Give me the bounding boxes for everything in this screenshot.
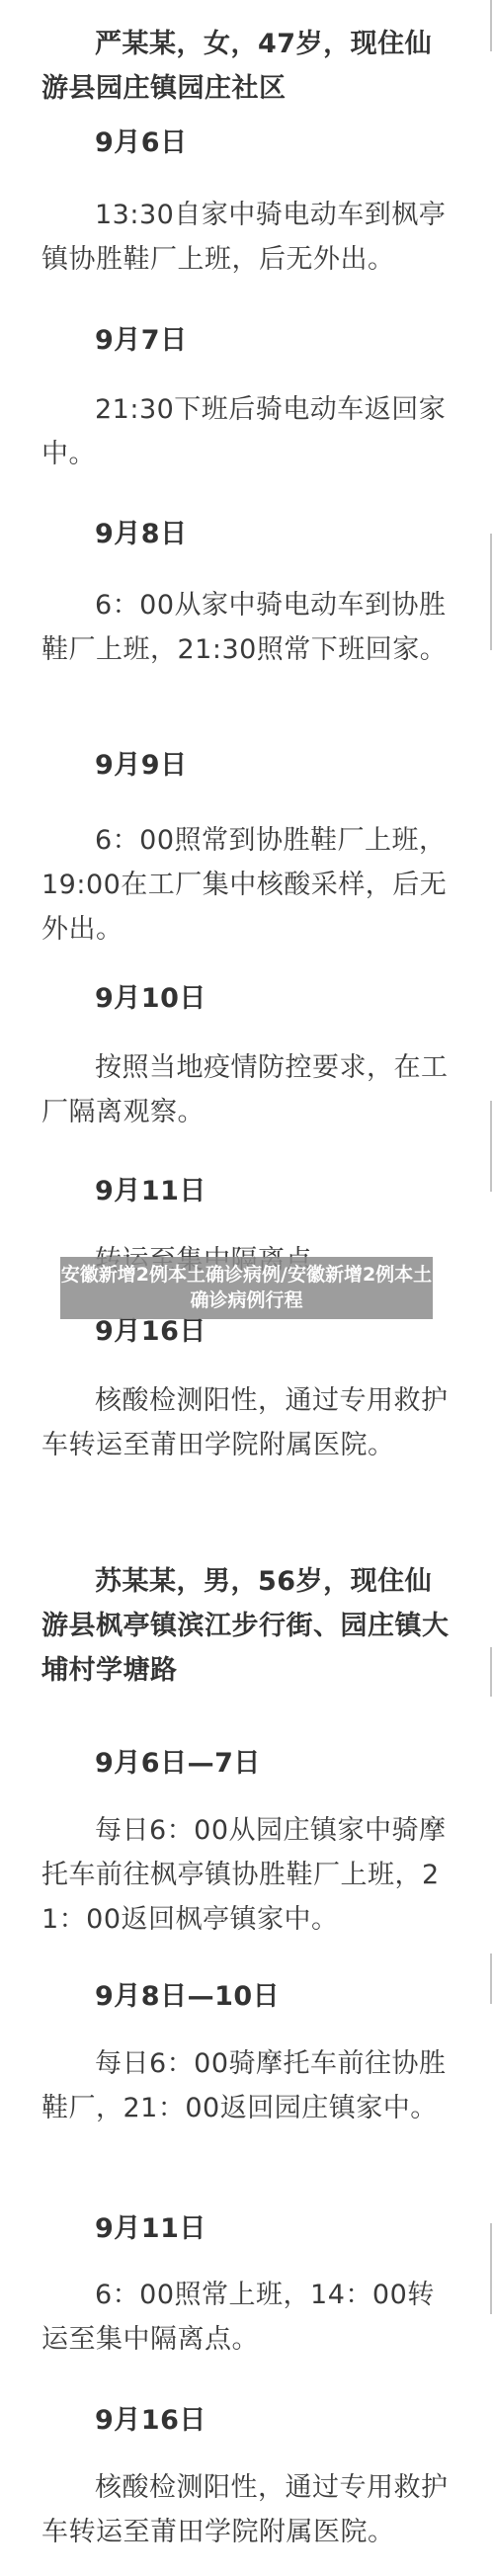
- case-1-date-2: 9月7日: [41, 318, 454, 363]
- scrollbar-thumb[interactable]: [490, 534, 492, 650]
- case-2-date-1: 9月6日—7日: [41, 1741, 454, 1786]
- case-2-date-3: 9月11日: [41, 2206, 454, 2251]
- case-2-date-4: 9月16日: [41, 2398, 454, 2443]
- case-2-header: 苏某某，男，56岁，现住仙游县枫亭镇滨江步行街、园庄镇大埔村学塘路: [41, 1559, 454, 1693]
- case-1-text-1: 13:30自家中骑电动车到枫亭镇协胜鞋厂上班，后无外出。: [41, 193, 454, 282]
- case-1-text-5: 按照当地疫情防控要求，在工厂隔离观察。: [41, 1045, 454, 1134]
- case-1-header: 严某某，女，47岁，现住仙游县园庄镇园庄社区: [41, 22, 454, 111]
- scrollbar-thumb[interactable]: [490, 1101, 492, 1192]
- scrollbar-thumb[interactable]: [490, 0, 492, 51]
- case-2-text-2: 每日6：00骑摩托车前往协胜鞋厂，21：00返回园庄镇家中。: [41, 2041, 454, 2130]
- case-2-text-3: 6：00照常上班，14：00转运至集中隔离点。: [41, 2273, 454, 2362]
- scrollbar-thumb[interactable]: [490, 2223, 492, 2314]
- scrollbar-thumb[interactable]: [490, 1953, 492, 2004]
- case-1-text-3: 6：00从家中骑电动车到协胜鞋厂上班，21:30照常下班回家。: [41, 583, 454, 672]
- case-1-date-4: 9月9日: [41, 743, 454, 788]
- case-1-text-2: 21:30下班后骑电动车返回家中。: [41, 387, 454, 476]
- case-2-text-1: 每日6：00从园庄镇家中骑摩托车前往枫亭镇协胜鞋厂上班，21：00返回枫亭镇家中…: [41, 1808, 454, 1942]
- case-1-date-3: 9月8日: [41, 512, 454, 556]
- case-1-date-6: 9月11日: [41, 1169, 454, 1213]
- scrollbar-thumb[interactable]: [490, 1647, 492, 1697]
- case-2-date-2: 9月8日—10日: [41, 1974, 454, 2019]
- case-1-text-7: 核酸检测阳性，通过专用救护车转运至莆田学院附属医院。: [41, 1378, 454, 1467]
- banner-title: 安徽新增2例本土确诊病例/安徽新增2例本土确诊病例行程: [61, 1264, 432, 1311]
- title-banner: 安徽新增2例本土确诊病例/安徽新增2例本土确诊病例行程: [60, 1257, 433, 1319]
- case-1-text-4: 6：00照常到协胜鞋厂上班，19:00在工厂集中核酸采样，后无外出。: [41, 818, 454, 952]
- case-1-date-5: 9月10日: [41, 976, 454, 1021]
- case-2-text-4: 核酸检测阳性，通过专用救护车转运至莆田学院附属医院。: [41, 2465, 454, 2554]
- case-1-date-1: 9月6日: [41, 121, 454, 165]
